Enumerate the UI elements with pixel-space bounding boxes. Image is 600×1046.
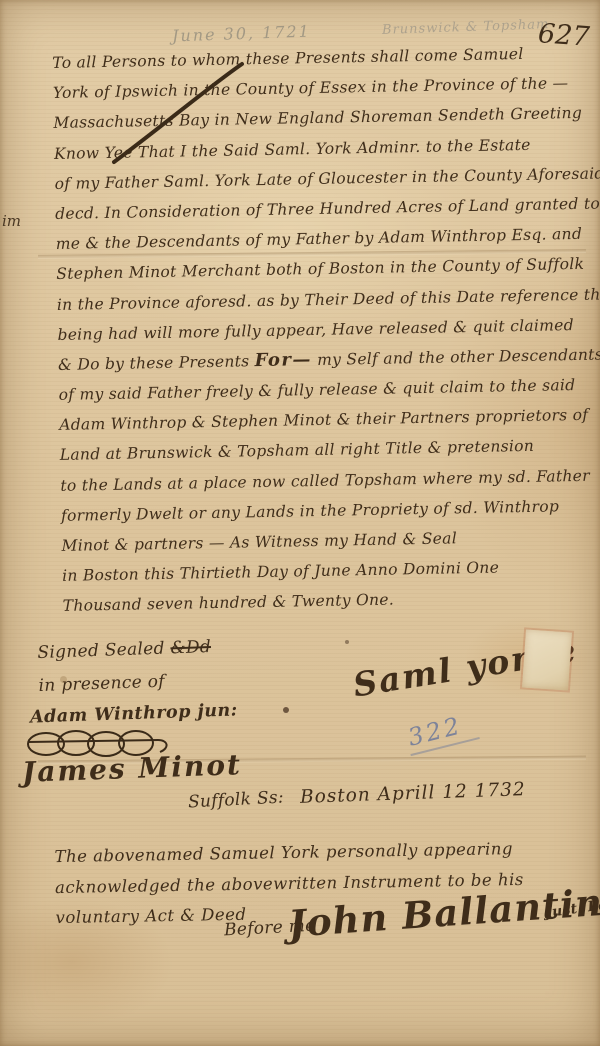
emphasized-word: For— <box>254 349 312 371</box>
strikethrough-text: &Dd <box>170 637 211 658</box>
witness-block: Signed Sealed &Dd in presence of <box>37 631 213 703</box>
ink-spot <box>345 640 349 644</box>
deed-line-segment: & Do by these Presents <box>58 352 255 374</box>
wax-seal-remnant <box>522 629 572 690</box>
witness-line: in presence of <box>38 664 213 703</box>
witness-line-segment: Signed Sealed <box>37 638 171 663</box>
deed-text: To all Persons to whom these Presents sh… <box>52 38 600 622</box>
document-scan: June 30, 1721 Brunswick & Topsham 627 im… <box>0 0 600 1046</box>
deed-line-segment: my Self and the other Descendants <box>312 345 600 369</box>
witness-line: Signed Sealed &Dd <box>37 631 212 670</box>
foxing-stain <box>60 676 67 683</box>
margin-mark: im <box>2 212 21 230</box>
ink-spot <box>283 707 289 713</box>
